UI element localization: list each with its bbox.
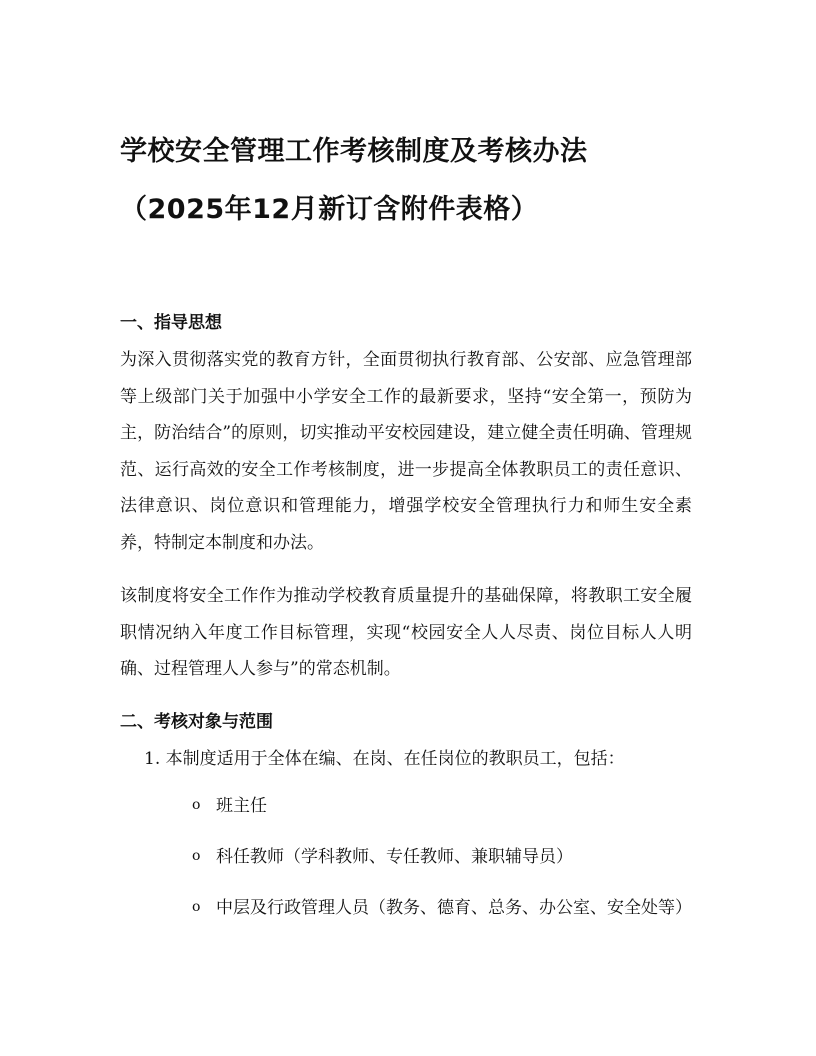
paragraph-guiding-ideology-2: 该制度将安全工作作为推动学校教育质量提升的基础保障，将教职工安全履职情况纳入年度… — [120, 578, 692, 688]
list-item-text: 本制度适用于全体在编、在岗、在任岗位的教职员工，包括： — [166, 749, 625, 769]
section-heading-guiding-ideology: 一、指导思想 — [120, 308, 222, 333]
bullet-circle-icon: o — [192, 899, 200, 915]
section-heading-scope: 二、考核对象与范围 — [120, 707, 273, 732]
list-number: 1. — [144, 749, 160, 769]
document-title: 学校安全管理工作考核制度及考核办法 — [120, 129, 588, 168]
bullet-circle-icon: o — [192, 797, 200, 813]
paragraph-guiding-ideology-1: 为深入贯彻落实党的教育方针，全面贯彻执行教育部、公安部、应急管理部等上级部门关于… — [120, 342, 692, 561]
sub-list-item: 班主任 — [216, 788, 267, 825]
list-item-1: 1. 本制度适用于全体在编、在岗、在任岗位的教职员工，包括： — [144, 741, 625, 778]
sub-list-item: 中层及行政管理人员（教务、德育、总务、办公室、安全处等） — [216, 890, 692, 927]
sub-list-item: 科任教师（学科教师、专任教师、兼职辅导员） — [216, 839, 573, 876]
bullet-circle-icon: o — [192, 848, 200, 864]
document-subtitle: （2025年12月新订含附件表格） — [120, 187, 538, 226]
